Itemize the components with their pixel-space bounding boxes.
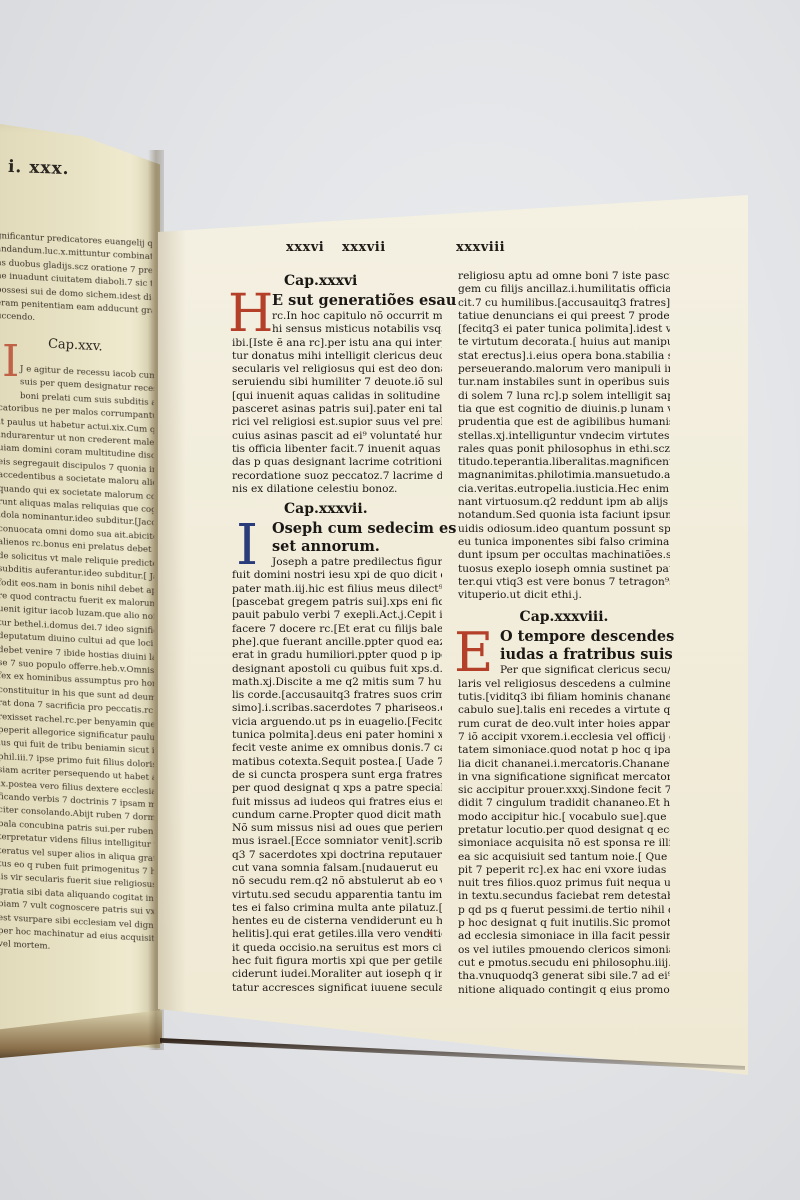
text-line: notandum.Sed quonia ista faciunt ipsum i… [458, 509, 670, 522]
text-line: ea sic acquisiuit sed tantum noie.[ Que … [458, 851, 670, 864]
text-line: simo].i.scribas.sacerdotes 7 phariseos.e… [232, 702, 442, 715]
text-column-left: Cap.xxxvi H E sut generatiões esau rc.In… [232, 270, 442, 995]
text-line: tutis.[viditq3 ibi filiam hominis chanan… [458, 691, 670, 704]
text-line: ad ecclesia simoniace in illa facit pess… [458, 930, 670, 943]
text-line: secularis vel religiosus qui est deo don… [232, 363, 442, 376]
text-line: nõ secudu rem.q2 nõ abstulerut ab eo ves… [232, 875, 442, 888]
text-line: uidis odiosum.ideo quantum possunt spoli… [458, 523, 670, 536]
text-line: q3 7 sacerdotes xpi doctrina reputauerun… [232, 849, 442, 862]
text-line: pretatur locutio.per quod designat q ecc… [458, 824, 670, 837]
text-line: tuosus exeplo ioseph omnia sustinet pati… [458, 563, 670, 576]
text-line: tatem simoniace.quod notat p hoc q ipa f… [458, 744, 670, 757]
text-line: cia.veritas.eutropelia.iusticia.Hec enim… [458, 483, 670, 496]
text-line: stellas.xj.intelliguntur vndecim virtute… [458, 430, 670, 443]
text-line: te virtutum decorata.[ huius aut manipul… [458, 336, 670, 349]
text-line: lis corde.[accusauitq3 fratres suos crim… [232, 689, 442, 702]
text-line: in textu.secundus faciebat rem detestabi… [458, 890, 670, 903]
rubricated-initial-i: I [236, 518, 258, 574]
text-line: phe].que fuerant ancille.ppter quod eaz … [232, 636, 442, 649]
text-column-right: religiosu aptu ad omne boni 7 iste pasci… [458, 270, 670, 997]
text-line: tis officia libenter facit.7 inuenit aqu… [232, 443, 442, 456]
rubricated-initial-e: E [454, 626, 493, 680]
text-line: pater math.iij.hic est filius meus dilec… [232, 583, 442, 596]
left-page-text-top: gnificantur predicatores euangelij qui a… [0, 230, 152, 332]
text-line: 7 iõ accipit vxorem.i.ecclesia vel offic… [458, 731, 670, 744]
text-line: tia que est cognitio de diuinis.p lunam … [458, 403, 670, 416]
text-line: gem cu filijs ancillaz.i.humilitatis off… [458, 283, 670, 296]
photo-scene: i. xxx. gnificantur predicatores euangel… [0, 0, 800, 1200]
text-line: pit 7 peperit rc].ex hac eni vxore iudas… [458, 864, 670, 877]
left-running-head: i. xxx. [8, 157, 70, 179]
text-line: simoniace acquisita nõ est sponsa re ill… [458, 837, 670, 850]
text-line: ciderunt iudei.Moraliter aut ioseph q in… [232, 968, 442, 981]
text-line: cabulo sue].talis eni recedes a virtute … [458, 704, 670, 717]
lead-line: iudas a fratribus suis [500, 646, 670, 664]
text-line: Nõ sum missus nisi ad oues que perieru d… [232, 822, 442, 835]
section-37-text: Joseph a patre predilectus figurafuit do… [232, 556, 442, 995]
text-line: nant virtuosum.q2 reddunt ipm ab alijs h… [458, 496, 670, 509]
text-line: hec fuit figura mortis xpi que per getil… [232, 955, 442, 968]
rubricated-initial-h: H [228, 288, 273, 340]
text-line: [pascebat gregem patris sui].xps eni fid… [232, 596, 442, 609]
text-line: seruiendu sibi humiliter 7 deuote.iõ sub… [232, 376, 442, 389]
text-line: matibus cotexta.Sequit postea.[ Uade 7 v… [232, 756, 442, 769]
text-line: tes ei falso crimina multa ante pilatuz.… [232, 902, 442, 915]
lead-line: E sut generatiões esau [272, 292, 442, 310]
text-line: de si cuncta prospera sunt erga fratres … [232, 769, 442, 782]
text-line: modo accipitur hic.[ vocabulo sue].que i… [458, 811, 670, 824]
left-chapter-heading: Cap.xxv. [48, 337, 103, 355]
text-line: [qui inuenit aquas calidas in solitudine… [232, 390, 442, 403]
text-line: mus israel.[Ecce somniator venit].scribe… [232, 835, 442, 848]
text-line: ter.qui vtiq3 est vere bonus 7 tetragon⁹… [458, 576, 670, 589]
text-line: erat in gradu humiliori.ppter quod p ipo… [232, 649, 442, 662]
text-line: Joseph a patre predilectus figura [232, 556, 442, 569]
text-line: rales quas ponit philosophus in ethi.scz… [458, 443, 670, 456]
continued-text: religiosu aptu ad omne boni 7 iste pasci… [458, 270, 670, 602]
text-line: rum curat de deo.vult inter hoies appare… [458, 718, 670, 731]
text-line: hentes eu de cisterna vendiderunt eu his… [232, 915, 442, 928]
text-line: tunica polmita].deus eni pater homini xp… [232, 729, 442, 742]
text-line: stat erectus].i.eius opera bona.stabilia… [458, 350, 670, 363]
text-line: nis ex dilatione celestiu bonoz. [232, 483, 442, 496]
text-line: p hoc designat q fuit inutilis.Sic promo… [458, 917, 670, 930]
text-line: fuit domini nostri iesu xpi de quo dicit… [232, 569, 442, 582]
text-line: fecit veste anime ex omnibus donis.7 car… [232, 742, 442, 755]
running-head-1: xxxvi [286, 240, 324, 255]
text-line: das p quas designant lacrime cotritionis… [232, 456, 442, 469]
text-line: magnanimitas.philotimia.mansuetudo.amici [458, 469, 670, 482]
text-line: it queda occisio.na seruitus est mors ci… [232, 942, 442, 955]
text-line: di solem 7 luna rc].p solem intelligit s… [458, 390, 670, 403]
text-line: eu tunica imponentes sibi falso crimina.… [458, 536, 670, 549]
text-line: recordatione suoz peccatoz.7 lacrime deu… [232, 470, 442, 483]
text-line: nuit tres filios.quoz primus fuit nequa … [458, 877, 670, 890]
text-line: fuit missus ad iudeos qui fratres eius e… [232, 796, 442, 809]
text-line: vicia arguendo.ut ps in euagelio.[Fecitq… [232, 716, 442, 729]
text-line: per quod designat q xps a patre speciali… [232, 782, 442, 795]
text-line: tur.nam instabiles sunt in operibus suis… [458, 376, 670, 389]
text-line: sic accipitur prouer.xxxj.Sindone fecit … [458, 784, 670, 797]
text-line: cit.7 cu humilibus.[accusauitq3 fratres]… [458, 297, 670, 310]
text-line: prudentia que est de agibilibus humanis.… [458, 416, 670, 429]
text-line: tatur accresces significat iuuene secula… [232, 982, 442, 995]
lead-line: set annorum. [272, 538, 442, 556]
ink-mark: * [428, 930, 433, 941]
text-line: tha.vnuquodq3 generat sibi sile.7 ad ei⁹… [458, 970, 670, 983]
text-line: os vel iutiles pmouendo clericos simonia… [458, 944, 670, 957]
text-line: designant apostoli cu quibus fuit xps.d.… [232, 663, 442, 676]
text-line: lia dicit chananei.i.mercatoris.Chanane⁹… [458, 758, 670, 771]
text-line: cut e pmotus.secudu eni philosophu.iiij.… [458, 957, 670, 970]
text-line: cut vana somnia falsam.[nudauerut eu tun… [232, 862, 442, 875]
text-line: in vna significatione significat mercato… [458, 771, 670, 784]
text-line: vituperio.ut dicit ethi.j. [458, 589, 670, 602]
running-head-2: xxxvii [342, 240, 386, 255]
text-line: math.xj.Discite a me q2 mitis sum 7 humi… [232, 676, 442, 689]
text-line: facere 7 docere rc.[Et erat cu filijs ba… [232, 623, 442, 636]
text-line: cuius asinas pascit ad ei⁹ voluntaté hum… [232, 430, 442, 443]
text-line: virtutu.sed secudu apparentia tantu impo… [232, 889, 442, 902]
text-line: pasceret asinas patris sui].pater eni ta… [232, 403, 442, 416]
text-line: dunt ipsum per occultas machinatiões.s3 … [458, 549, 670, 562]
text-line: rici vel religiosi est.supior suus vel p… [232, 416, 442, 429]
text-line: pauit pabulo verbi 7 exepli.Act.j.Cepit … [232, 609, 442, 622]
text-line: helitis].qui erat getiles.illa vero vend… [232, 928, 442, 941]
running-head-3: xxxviii [456, 240, 505, 255]
left-page-text: J e agitur de recessu iacob cum filijssu… [0, 362, 154, 960]
lead-line: Oseph cum sedecim es [272, 520, 442, 538]
text-line: tur donatus mihi intelligit clericus deu… [232, 350, 442, 363]
text-line: perseuerando.malorum vero manipuli incli… [458, 363, 670, 376]
chapter-heading-37: Cap.xxxvii. [232, 498, 442, 520]
text-line: [fecitq3 ei pater tunica polimita].idest… [458, 323, 670, 336]
text-line: tatiue denuncians ei qui preest 7 prodes… [458, 310, 670, 323]
text-line: nitione aliquado contingit q eius promot… [458, 984, 670, 997]
text-line: cundum carne.Propter quod dicit math.xv. [232, 809, 442, 822]
text-line: titudo.teperantia.liberalitas.magnificen… [458, 456, 670, 469]
text-line: religiosu aptu ad omne boni 7 iste pasci… [458, 270, 670, 283]
text-line: didit 7 cingulum tradidit chananeo.Et ho… [458, 797, 670, 810]
text-line: p qd ps q fuerut pessimi.de tertio nihil… [458, 904, 670, 917]
lead-line: O tempore descendes [500, 628, 670, 646]
section-38-text: Per que significat clericus secu/laris v… [458, 664, 670, 996]
